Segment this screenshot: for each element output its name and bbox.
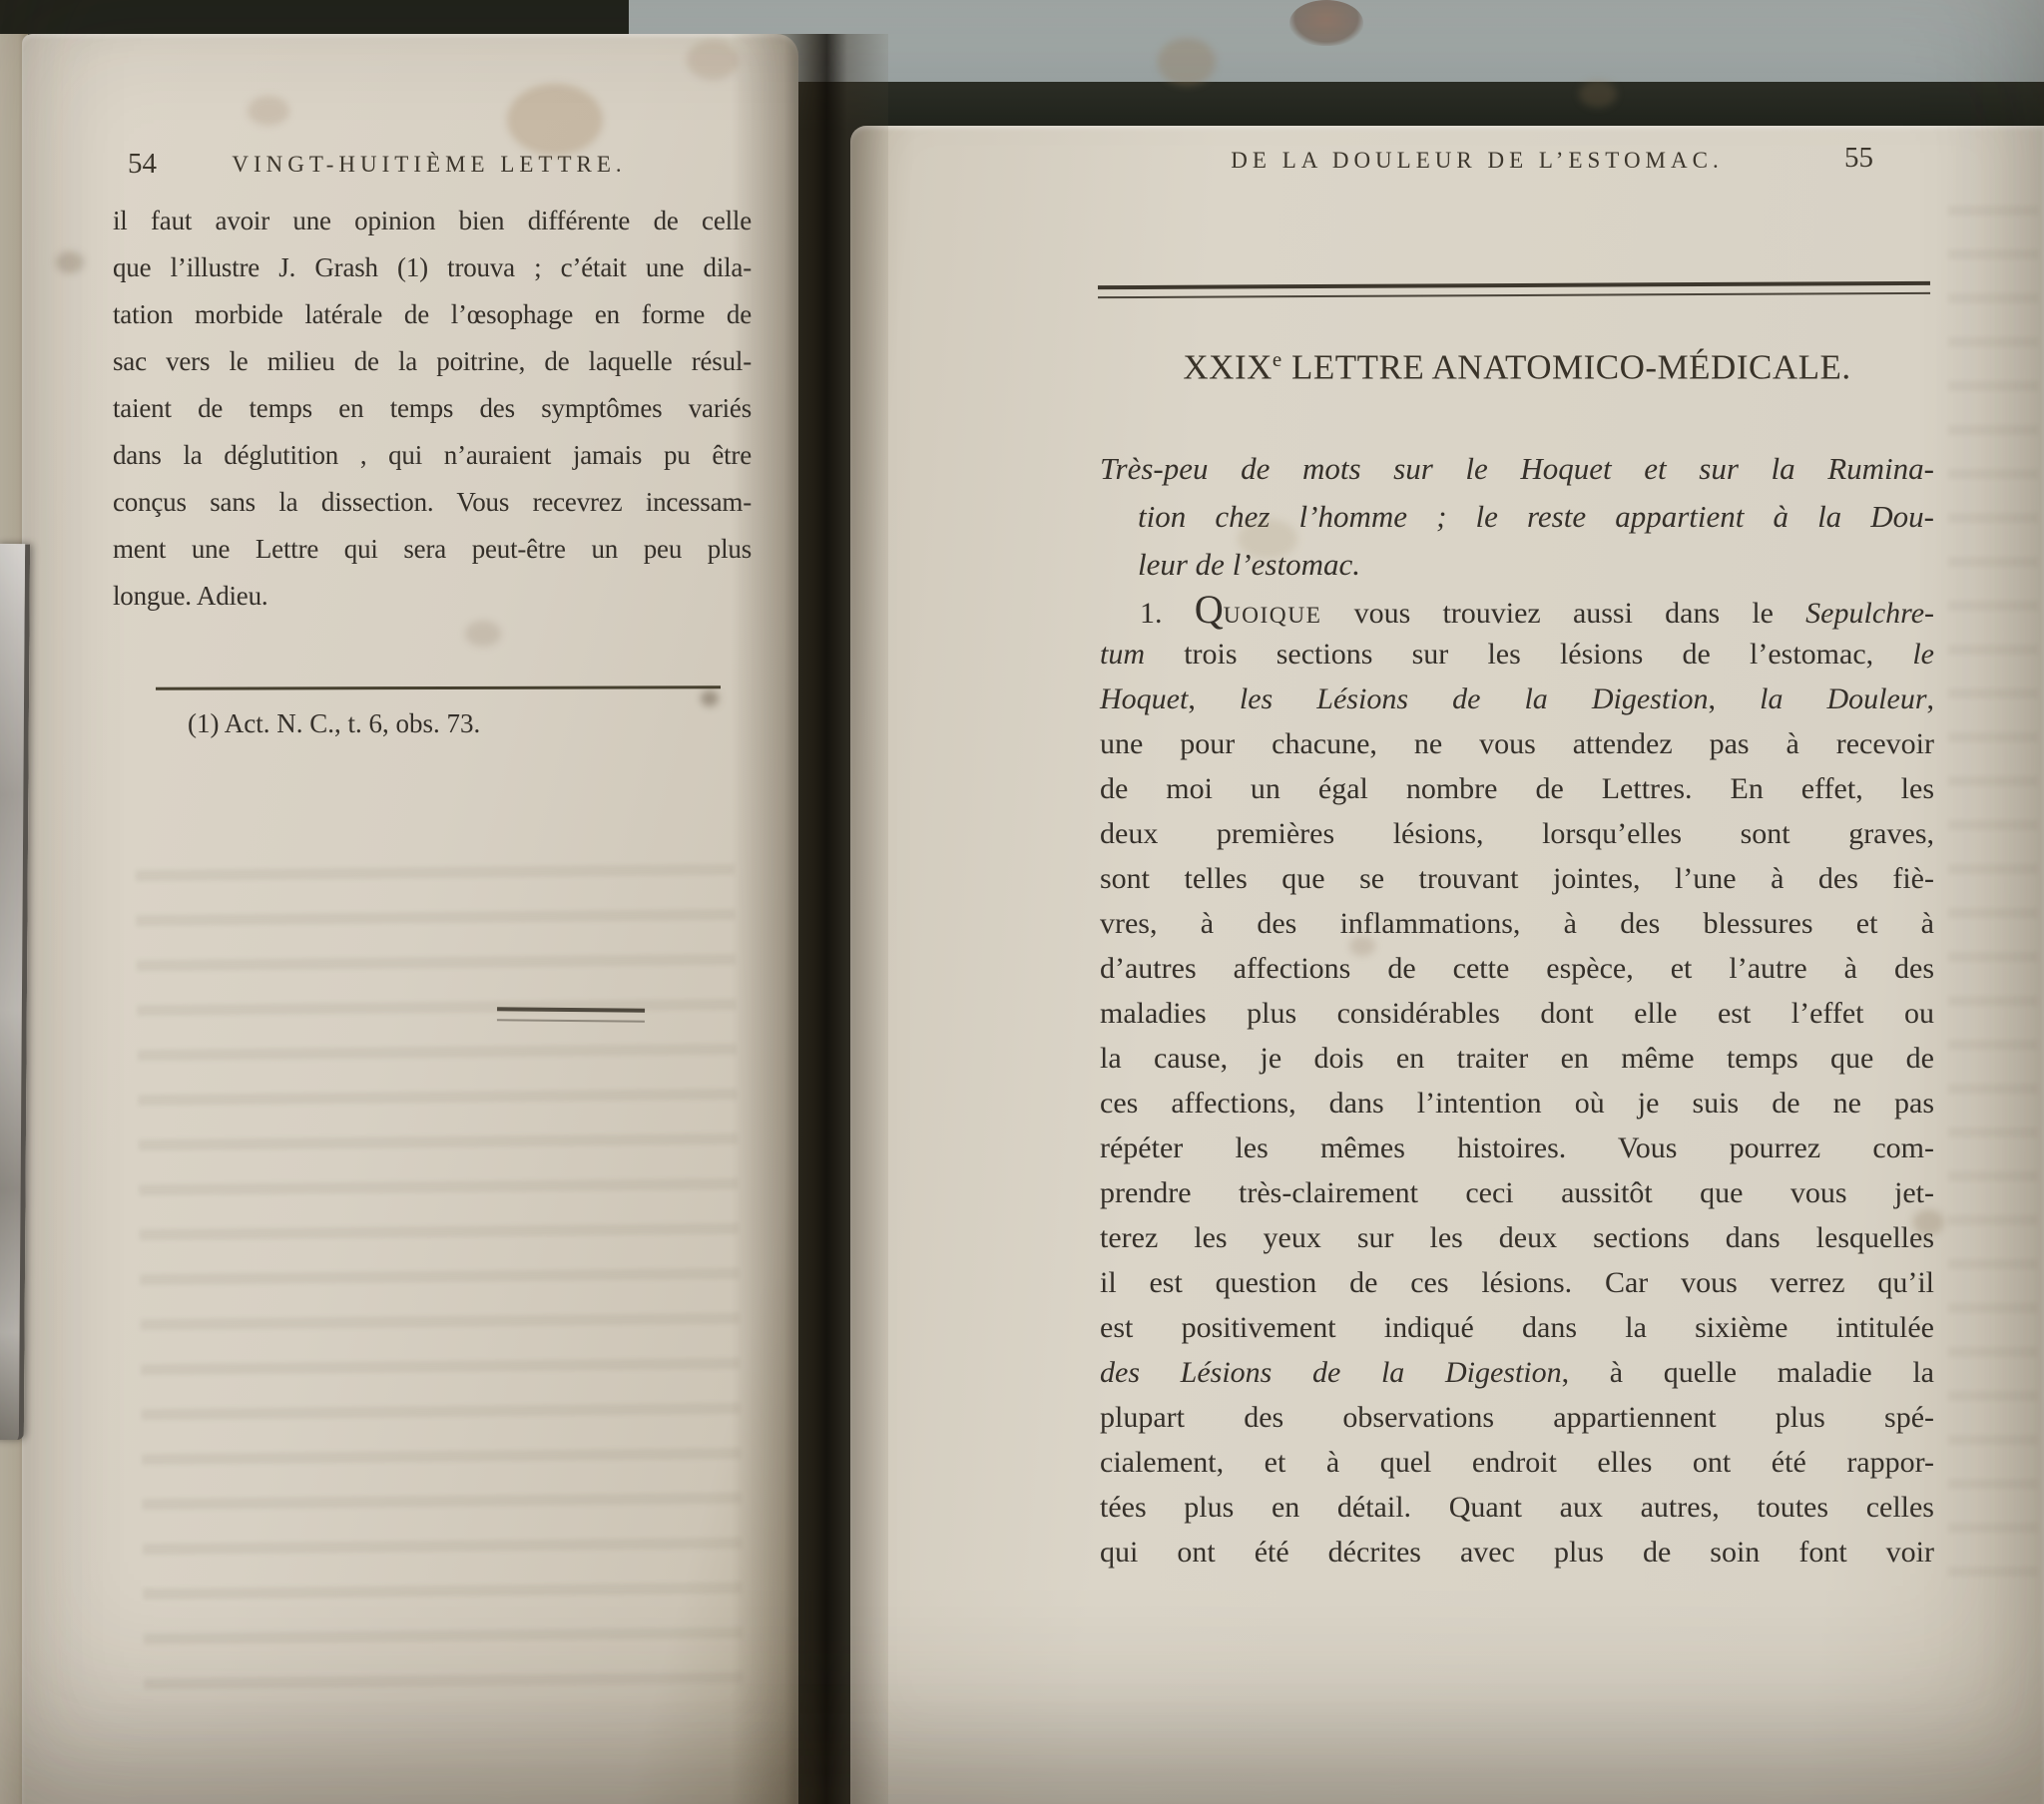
text-line: ment une Lettre qui sera peut-être un pe… — [113, 526, 752, 573]
text-line: longue. Adieu. — [113, 573, 752, 620]
foxing-spot — [1579, 80, 1617, 108]
epigraph-line: leur de l’estomac. — [1100, 541, 1934, 589]
text-line: vres, à des inflammations, à des blessur… — [1100, 901, 1934, 946]
footnote: (1) Act. N. C., t. 6, obs. 73. — [188, 708, 480, 739]
text-line: la cause, je dois en traiter en même tem… — [1100, 1036, 1934, 1081]
foxing-spot — [1238, 519, 1297, 559]
text-line: répéter les mêmes histoires. Vous pourre… — [1100, 1126, 1934, 1170]
foxing-spot — [56, 251, 84, 273]
text-line: maladies plus considérables dont elle es… — [1100, 991, 1934, 1036]
epigraph-line: tion chez l’homme ; le reste appartient … — [1100, 493, 1934, 541]
epigraph-line: Très-peu de mots sur le Hoquet et sur la… — [1100, 445, 1934, 493]
text-line: sac vers le milieu de la poitrine, de la… — [113, 338, 752, 385]
text-line: il faut avoir une opinion bien différent… — [113, 198, 752, 244]
text-line: prendre très-clairement ceci aussitôt qu… — [1100, 1170, 1934, 1215]
showthrough-texture — [1948, 200, 2038, 1577]
text-line: conçus sans la dissection. Vous recevrez… — [113, 479, 752, 526]
text-line: deux premières lésions, lorsqu’elles son… — [1100, 811, 1934, 856]
text-line: Hoquet, les Lésions de la Digestion, la … — [1100, 676, 1934, 721]
text-line: que l’illustre J. Grash (1) trouva ; c’é… — [113, 244, 752, 291]
text-line: tum trois sections sur les lésions de l’… — [1100, 632, 1934, 676]
text-line: 1. Quoique vous trouviez aussi dans le S… — [1100, 587, 1934, 632]
text-line: tation morbide latérale de l’œsophage en… — [113, 291, 752, 338]
text-line: une pour chacune, ne vous attendez pas à… — [1100, 721, 1934, 766]
gutter-shadow — [731, 34, 888, 1804]
text-line: cialement, et à quel endroit elles ont é… — [1100, 1440, 1934, 1485]
text-line: tées plus en détail. Quant aux autres, t… — [1100, 1485, 1934, 1530]
text-line: sont telles que se trouvant jointes, l’u… — [1100, 856, 1934, 901]
epigraph: Très-peu de mots sur le Hoquet et sur la… — [1100, 445, 1934, 589]
text-line: plupart des observations appartiennent p… — [1100, 1395, 1934, 1440]
foxing-spot — [1912, 1209, 1944, 1235]
text-line: terez les yeux sur les deux sections dan… — [1100, 1215, 1934, 1260]
foxing-spot — [701, 690, 719, 706]
left-body-text: il faut avoir une opinion bien différent… — [113, 198, 752, 620]
book-photo: 54 VINGT-HUITIÈME LETTRE. il faut avoir … — [0, 0, 2044, 1804]
chapter-title: XXIXe LETTRE ANATOMICO-MÉDICALE. — [1100, 347, 1934, 388]
right-body-text: 1. Quoique vous trouviez aussi dans le S… — [1100, 587, 1934, 1575]
binding-smudge — [1289, 0, 1363, 46]
foxing-spot — [507, 84, 603, 156]
right-page-number: 55 — [1844, 142, 1873, 175]
foxing-spot — [1158, 38, 1216, 86]
text-line: d’autres affections de cette espèce, et … — [1100, 946, 1934, 991]
foxing-spot — [465, 621, 501, 647]
text-line: est positivement indiqué dans la sixième… — [1100, 1305, 1934, 1350]
foxing-spot — [248, 96, 289, 126]
text-line: qui ont été décrites avec plus de soin f… — [1100, 1530, 1934, 1575]
text-line: de moi un égal nombre de Lettres. En eff… — [1100, 766, 1934, 811]
right-running-header: DE LA DOULEUR DE L’ESTOMAC. — [1128, 148, 1826, 174]
text-line: taient de temps en temps des symptômes v… — [113, 385, 752, 432]
showthrough-texture — [136, 840, 744, 1689]
text-line: dans la déglutition , qui n’auraient jam… — [113, 432, 752, 479]
text-line: des Lésions de la Digestion, à quelle ma… — [1100, 1350, 1934, 1395]
foxing-spot — [687, 40, 739, 80]
text-line: ces affections, dans l’intention où je s… — [1100, 1081, 1934, 1126]
left-running-header: VINGT-HUITIÈME LETTRE. — [150, 152, 709, 178]
text-line: il est question de ces lésions. Car vous… — [1100, 1260, 1934, 1305]
foxing-spot — [1349, 936, 1375, 956]
